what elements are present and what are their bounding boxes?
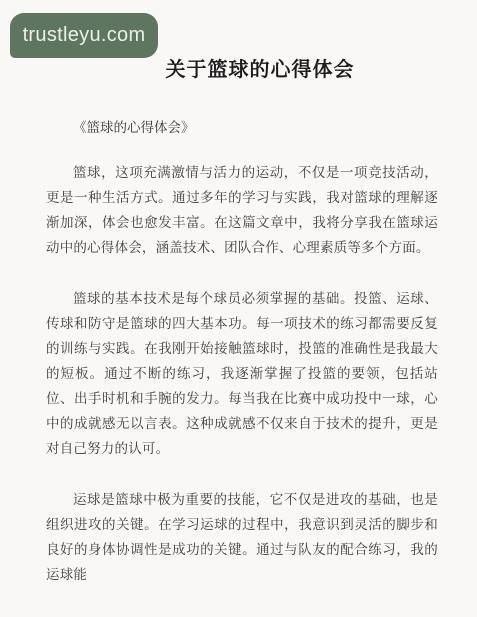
document-subtitle: 《篮球的心得体会》 <box>46 116 438 140</box>
document-title: 关于篮球的心得体会 <box>46 58 438 82</box>
body-paragraph: 运球是篮球中极为重要的技能，它不仅是进攻的基础，也是组织进攻的关键。在学习运球的… <box>46 487 438 587</box>
document-page: trustleyu.com 关于篮球的心得体会 《篮球的心得体会》 篮球，这项充… <box>0 0 477 617</box>
document-body: 关于篮球的心得体会 《篮球的心得体会》 篮球，这项充满激情与活力的运动，不仅是一… <box>46 58 438 587</box>
body-paragraph: 篮球的基本技术是每个球员必须掌握的基础。投篮、运球、传球和防守是篮球的四大基本功… <box>46 286 438 461</box>
body-paragraph: 篮球，这项充满激情与活力的运动，不仅是一项竞技活动，更是一种生活方式。通过多年的… <box>46 160 438 260</box>
watermark-badge: trustleyu.com <box>10 13 158 58</box>
watermark-label: trustleyu.com <box>23 24 146 47</box>
